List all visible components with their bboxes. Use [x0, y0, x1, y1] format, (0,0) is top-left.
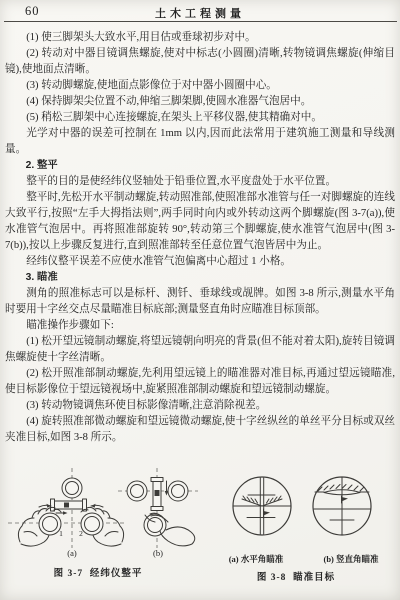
fig37-sublabel-b: (b) [153, 548, 163, 558]
fig37-part-a: 1 2 [8, 468, 124, 548]
fig38-sublabel-b: (b) 竖直角瞄准 [323, 553, 378, 565]
figure-3-7: 1 2 [6, 464, 202, 590]
sight-step-3: (3) 转动物镜调焦环使目标影像清晰,注意消除视差。 [5, 398, 395, 414]
list-item-4: (4) 保持脚架尖位置不动,伸缩三脚架脚,使圆水准器气泡居中。 [5, 94, 395, 110]
sight-step-1: (1) 松开望远镜制动螺旋,将望远镜朝向明亮的背景(但不能对着太阳),旋转目镜调… [5, 334, 395, 366]
section-heading-2: 2. 整平 [5, 158, 395, 174]
section-heading-3: 3. 瞄准 [5, 270, 395, 286]
screw-label-1: 1 [59, 529, 63, 538]
fig38-caption: 图 3-8 瞄准目标 [257, 569, 335, 583]
fig38-sublabel-a: (a) 水平角瞄准 [229, 553, 284, 565]
sight-step-4: (4) 旋转照准部微动螺旋和望远镜微动螺旋,使十字丝纵丝的单丝平分目标或双丝夹准… [5, 414, 395, 446]
running-head-title: 土木工程测量 [0, 5, 400, 21]
book-page: 60 土木工程测量 (1) 使三脚架头大致水平,用目估或垂球初步对中。 (2) … [0, 0, 400, 600]
figure-3-8: (a) 水平角瞄准 (b) 竖直角瞄准 图 3-8 瞄准目标 [214, 470, 396, 590]
paragraph-sight-2: 瞄准操作步骤如下: [5, 318, 395, 334]
paragraph-level-2: 整平时,先松开水平制动螺旋,转动照准部,使照准部水准管与任一对脚螺旋的连线大致平… [5, 190, 395, 254]
body-text: (1) 使三脚架头大致水平,用目估或垂球初步对中。 (2) 转动对中器目镜调焦螺… [5, 30, 395, 446]
fig37-caption: 图 3-7 经纬仪整平 [54, 565, 143, 579]
list-item-1: (1) 使三脚架头大致水平,用目估或垂球初步对中。 [5, 30, 395, 46]
fig-3-8-drawing [214, 472, 396, 540]
target-flag-a [264, 509, 271, 518]
fig38-view-b [313, 477, 371, 535]
foot-screw-3-top [62, 478, 82, 498]
screw-label-2: 2 [79, 529, 83, 538]
list-item-3: (3) 转动脚螺旋,使地面点影像位于对中器小圆圈中心。 [5, 78, 395, 94]
foot-screw-right [168, 481, 188, 501]
foot-screw-1 [39, 513, 61, 535]
fig37-sublabel-a: (a) [67, 548, 76, 558]
fig-3-7-drawing: 1 2 [6, 466, 202, 550]
sight-step-2: (2) 松开照准部制动螺旋,先利用望远镜上的瞄准器对准目标,再通过望远镜瞄准,使… [5, 366, 395, 398]
fig37-part-b [118, 468, 198, 548]
paragraph-sight-1: 测角的照准标志可以是标杆、测钎、垂球线或觇牌。如图 3-8 所示,测量水平角时要… [5, 286, 395, 318]
target-bottom-hatching [242, 496, 282, 506]
paragraph-level-1: 整平的目的是使经纬仪竖轴处于铅垂位置,水平度盘处于水平位置。 [5, 174, 395, 190]
list-item-2: (2) 转动对中器目镜调焦螺旋,使对中标志(小圆圈)清晰,转物镜调焦螺旋(伸缩目… [5, 46, 395, 78]
foot-screw-left [127, 481, 147, 501]
header-rule [4, 21, 397, 22]
fig38-view-a [233, 477, 291, 535]
list-item-5: (5) 稍松三脚架中心连接螺旋,在架头上平移仪器,使其精确对中。 [5, 110, 395, 126]
paragraph-level-3: 经纬仪整平误差不应使水准管气泡偏离中心超过 1 小格。 [5, 254, 395, 270]
bubble-direction-arrow [56, 511, 68, 514]
level-tube-vertical [151, 478, 168, 511]
paragraph-optical: 光学对中器的误差可控制在 1mm 以内,因而此法常用于建筑施工测量和导线测量。 [5, 126, 395, 158]
foot-screw-2 [81, 513, 103, 535]
